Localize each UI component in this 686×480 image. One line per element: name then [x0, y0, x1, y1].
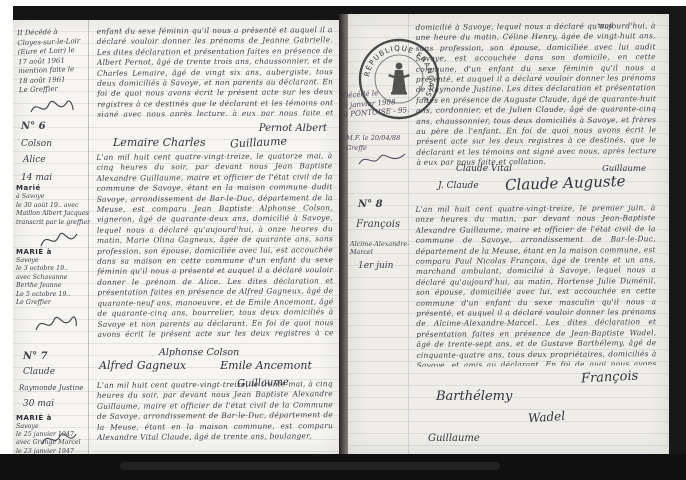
signature-guillaume: Guillaume: [428, 433, 480, 444]
act6-birth-record-text: L'an mil huit cent quatre-vingt-treize, …: [96, 151, 333, 341]
act6-date: 14 mai: [21, 174, 52, 184]
act-number-7: N° 7: [23, 352, 48, 362]
act6-firstname: Alice: [23, 156, 46, 166]
register-page-left: II Décédé à Cloyes-sur-le-Loir (Eure et …: [13, 20, 339, 454]
signature-emile-ancemont: Emile Ancemont: [220, 359, 312, 372]
signature-lemaire-charles: Lemaire Charles: [113, 136, 206, 149]
act7-opening-text: L'an mil huit cent quatre-vingt-treize, …: [97, 379, 333, 451]
signature-alfred-gagneux: Alfred Gagneux: [99, 359, 186, 372]
margin-death-mention-1988: Décédé le 6 janvier 1988 à PONTOISE - 95…: [342, 85, 422, 119]
act8-firstname: Alcime-Alexandre- Marcel: [350, 240, 414, 256]
signature-flourish: [39, 428, 79, 450]
act5-closing-text: enfant du sexe féminin qu'il nous a prés…: [97, 25, 334, 117]
signature-flourish: [29, 96, 75, 120]
signature-francois: François: [580, 369, 638, 387]
book-binding-gap: [339, 14, 348, 454]
act7-firstname: Raymonde Justine: [19, 384, 91, 394]
act8-surname: François: [356, 220, 400, 230]
act-number-8: N° 8: [358, 200, 383, 210]
register-scan: II Décédé à Cloyes-sur-le-Loir (Eure et …: [0, 0, 686, 480]
signature-barthelemy: Barthélemy: [436, 389, 512, 404]
signature-flourish: [33, 308, 79, 336]
margin-death-mention-1961: II Décédé à Cloyes-sur-le-Loir (Eure et …: [17, 27, 89, 96]
register-page-right: mod RÉPUBLIQUE FRANÇAISE Décédé le 6 jan…: [348, 14, 669, 454]
signature-alphonse-colson: Alphonse Colson: [159, 347, 239, 358]
act7-surname: Claude: [23, 368, 55, 378]
act8-signatures: François Barthélemy Wadel Guillaume: [416, 366, 656, 445]
signature-claude-auguste: Claude Auguste: [504, 172, 625, 194]
act7-date: 30 mai: [23, 400, 54, 410]
signature-guillaume: Guillaume: [230, 135, 288, 151]
act-number-6: N° 6: [21, 122, 46, 132]
signature-claude-vital: Claude Vital: [456, 164, 512, 174]
signature-j-claude: J. Claude: [438, 181, 479, 191]
act7-signatures: Claude Vital Guillaume J. Claude Claude …: [416, 164, 656, 192]
act8-birth-record-text: L'an mil huit cent quatre-vingt-treize, …: [415, 203, 656, 367]
marriage-mention-1: à Savoye le 30 août 19.. avec Maillon Al…: [16, 193, 92, 227]
marriage-mention-2: Savoye le 3 octobre 19.. avec Schavanne …: [16, 257, 92, 307]
signature-flourish: [356, 150, 408, 170]
act5-signatures: Pernot Albert Lemaire Charles Guillaume: [97, 116, 333, 149]
signature-wadel: Wadel: [528, 409, 566, 426]
signature-pernot-albert: Pernot Albert: [259, 123, 327, 134]
act6-surname: Colson: [21, 140, 52, 150]
act7-closing-text: domicilié à Savoye, lequel nous a déclar…: [415, 21, 656, 169]
act8-date: 1er juin: [358, 262, 393, 272]
scan-border-bottom: [0, 454, 686, 480]
scan-border-right: [669, 6, 686, 480]
